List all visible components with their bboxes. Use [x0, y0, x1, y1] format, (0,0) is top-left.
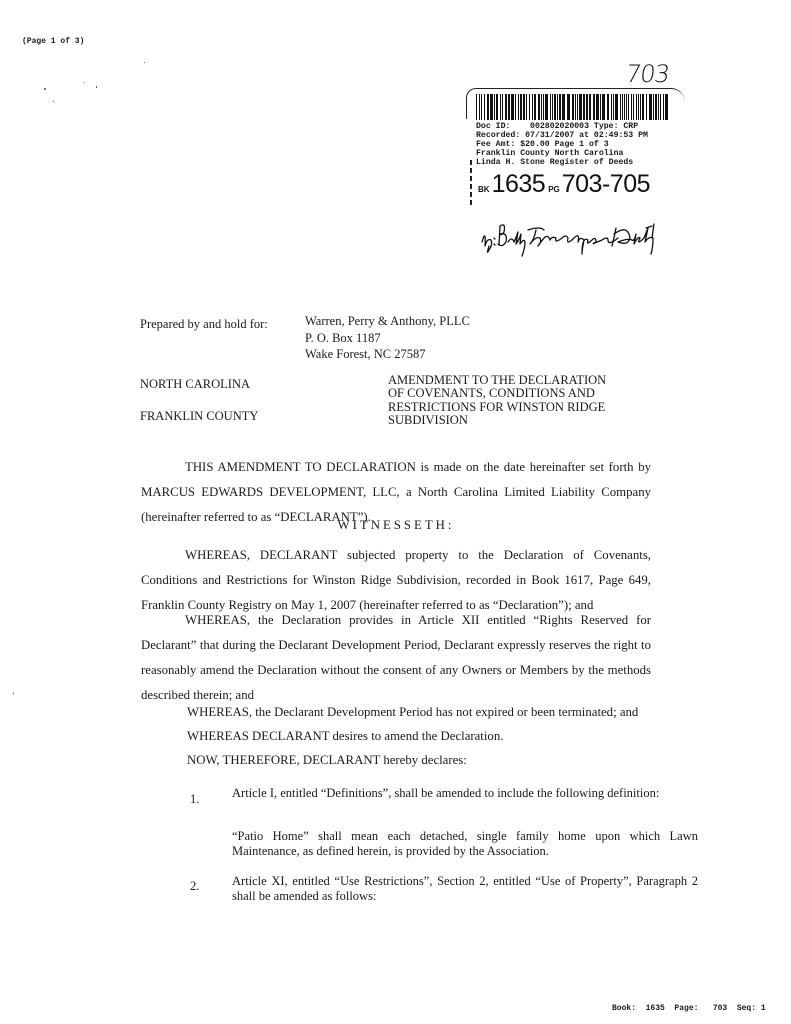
- patio-home-definition: “Patio Home” shall mean each detached, s…: [232, 829, 698, 858]
- witnesseth-heading: WITNESSETH:: [141, 518, 651, 533]
- now-therefore-clause: NOW, THEREFORE, DECLARANT hereby declare…: [187, 748, 667, 772]
- item-number: 2.: [190, 879, 199, 894]
- scan-speck: [144, 62, 145, 63]
- scan-speck: [44, 88, 46, 90]
- prepared-by-label: Prepared by and hold for:: [140, 317, 268, 332]
- pg-label: PG: [548, 185, 560, 194]
- deputy-signature-icon: by: Betty Sharrington Deputy: [478, 212, 698, 258]
- item-number: 1.: [190, 792, 199, 807]
- handwritten-page-number: 703: [624, 60, 671, 88]
- whereas-paragraph-1: WHEREAS, DECLARANT subjected property to…: [141, 543, 651, 618]
- preparer-po-box: P. O. Box 1187: [305, 330, 470, 347]
- stamp-recorded: Recorded: 07/31/2007 at 02:49:53 PM: [476, 131, 648, 140]
- page-range: 703-705: [562, 170, 650, 199]
- stamp-county: Franklin County North Carolina: [476, 149, 648, 158]
- stamp-register: Linda H. Stone Register of Deeds: [476, 158, 648, 167]
- whereas-paragraph-4: WHEREAS DECLARANT desires to amend the D…: [187, 724, 667, 748]
- scan-speck: [13, 692, 14, 695]
- title-line: RESTRICTIONS FOR WINSTON RIDGE: [388, 401, 648, 414]
- recitals-continued: WHEREAS, the Declarant Development Perio…: [187, 700, 667, 772]
- whereas-paragraph-2: WHEREAS, the Declaration provides in Art…: [141, 608, 651, 708]
- whereas-paragraph-3: WHEREAS, the Declarant Development Perio…: [187, 700, 667, 724]
- stamp-doc-id: Doc ID: 002802020003 Type: CRP: [476, 122, 648, 131]
- title-line: OF COVENANTS, CONDITIONS AND: [388, 387, 648, 400]
- item-text: Article XI, entitled “Use Restrictions”,…: [232, 874, 698, 903]
- stamp-details: Doc ID: 002802020003 Type: CRPRecorded: …: [476, 122, 648, 167]
- book-number: 1635: [492, 170, 546, 199]
- item-text: Article I, entitled “Definitions”, shall…: [232, 786, 698, 801]
- bk-label: BK: [478, 185, 490, 194]
- page-header: (Page 1 of 3): [22, 37, 84, 46]
- preparer-firm: Warren, Perry & Anthony, PLLC: [305, 313, 470, 330]
- page-footer: Book: 1635 Page: 703 Seq: 1: [612, 1004, 766, 1013]
- caption-state: NORTH CAROLINA: [140, 377, 250, 392]
- scan-speck: [83, 82, 84, 83]
- stamp-dashed-line: [470, 160, 472, 208]
- title-line: AMENDMENT TO THE DECLARATION: [388, 374, 648, 387]
- scan-speck: [53, 101, 54, 102]
- stamp-fee: Fee Amt: $20.00 Page 1 of 3: [476, 140, 648, 149]
- title-line: SUBDIVISION: [388, 414, 648, 427]
- preparer-address: Warren, Perry & Anthony, PLLC P. O. Box …: [305, 313, 470, 363]
- scan-speck: [96, 86, 97, 88]
- barcode-icon: [476, 94, 672, 120]
- book-page-stamp: BK 1635 PG 703-705: [478, 170, 650, 199]
- document-title: AMENDMENT TO THE DECLARATION OF COVENANT…: [388, 374, 648, 428]
- caption-county: FRANKLIN COUNTY: [140, 409, 258, 424]
- preparer-city: Wake Forest, NC 27587: [305, 346, 470, 363]
